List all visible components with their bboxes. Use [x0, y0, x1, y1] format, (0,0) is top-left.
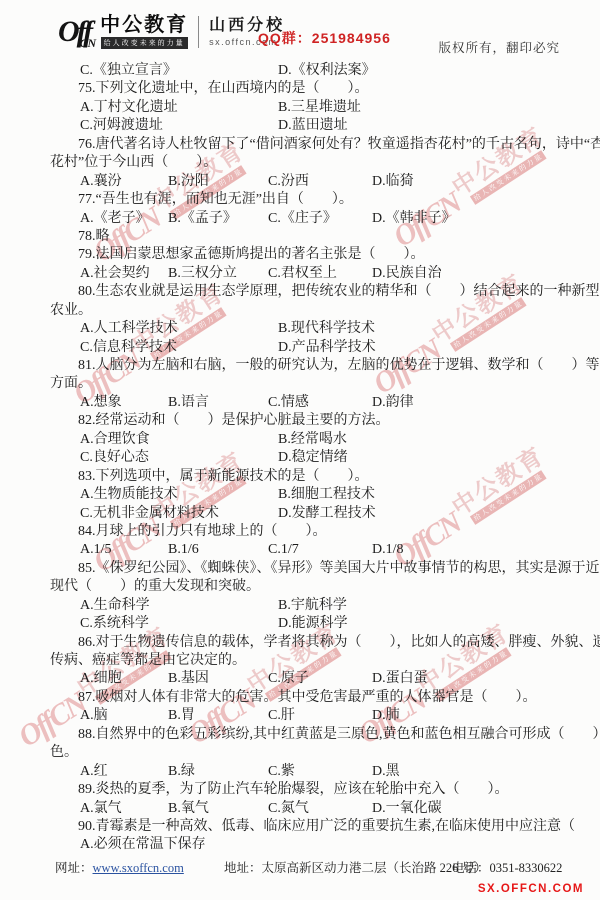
option-item: A.1/5 — [80, 541, 168, 559]
option-row: A.1/5B.1/6C.1/7D.1/8 — [50, 541, 562, 559]
option-item: C.氮气 — [268, 800, 372, 818]
option-item: B.基因 — [168, 670, 268, 688]
question-line: 77.“吾生也有涯，而知也无涯”出自（ ）。 — [50, 191, 562, 209]
option-item: B.现代科学技术 — [278, 320, 562, 338]
logo-divider — [198, 16, 199, 48]
option-item: A.红 — [80, 763, 168, 781]
option-item: A.合理饮食 — [80, 431, 278, 449]
option-item: C.肝 — [268, 707, 372, 725]
question-wrap-line: 花村”位于今山西（ ）。 — [50, 154, 562, 172]
question-line: 81.人脑分为左脑和右脑，一般的研究认为，左脑的优势在于逻辑、数学和（ ）等 — [50, 357, 562, 375]
option-item: B.1/6 — [168, 541, 268, 559]
option-item: A.人工科学技术 — [80, 320, 278, 338]
option-item: D.蛋白蛋 — [372, 670, 562, 688]
option-item: A.生命科学 — [80, 597, 278, 615]
question-line: 86.对于生物遗传信息的载体，学者将其称为（ ），比如人的高矮、胖瘦、外貌、遗 — [50, 634, 562, 652]
qq-group-label: QQ群：251984956 — [258, 28, 391, 48]
option-item: C.原子 — [268, 670, 372, 688]
option-item: D.肺 — [372, 707, 562, 725]
option-item: D.稳定情绪 — [278, 449, 562, 467]
option-item: B.《孟子》 — [168, 210, 268, 228]
option-item: D.产品科学技术 — [278, 339, 562, 357]
option-item: D.一氧化碳 — [372, 800, 562, 818]
option-item: D.临猗 — [372, 173, 562, 191]
option-item: C.情感 — [268, 394, 372, 412]
option-row: A.氯气B.氧气C.氮气D.一氧化碳 — [50, 800, 562, 818]
option-item: D.1/8 — [372, 541, 562, 559]
website-link[interactable]: www.sxoffcn.com — [93, 861, 184, 875]
question-wrap-line: 现代（ ）的重大发现和突破。 — [50, 578, 562, 596]
question-line: 85.《侏罗纪公园》、《蜘蛛侠》、《异形》等美国大片中故事情节的构思，其实是源于… — [50, 560, 562, 578]
question-line: 83.下列选项中，属于新能源技术的是（ ）。 — [50, 468, 562, 486]
site-badge: SX.OFFCN.COM — [478, 883, 584, 895]
brand-tagline: 给人改变未来的力量 — [101, 37, 188, 49]
option-row: A.脑B.胃C.肝D.肺 — [50, 707, 562, 725]
option-item: C.无机非金属材料技术 — [80, 505, 278, 523]
option-item: D.黑 — [372, 763, 562, 781]
footer-address: 地址：太原高新区动力港二层（长治路 226 号） — [224, 858, 487, 876]
option-row: A.襄汾B.汾阳C.汾西D.临猗 — [50, 173, 562, 191]
offcn-logo: Off CN 中公教育 给人改变未来的力量 山西分校 sx.offcn.com — [58, 14, 285, 49]
option-item: B.语言 — [168, 394, 268, 412]
question-line: 87.吸烟对人体有非常大的危害。其中受危害最严重的人体器官是（ ）。 — [50, 689, 562, 707]
option-row: A.人工科学技术B.现代科学技术 — [50, 320, 562, 338]
option-row: C.无机非金属材料技术D.发酵工程技术 — [50, 505, 562, 523]
option-item: B.绿 — [168, 763, 268, 781]
option-row: A.细胞B.基因C.原子D.蛋白蛋 — [50, 670, 562, 688]
option-item: A.《老子》 — [80, 210, 168, 228]
question-line: 88.自然界中的色彩五彩缤纷,其中红黄蓝是三原色,黄色和蓝色相互融合可形成（ ） — [50, 726, 562, 744]
option-row: C.良好心态D.稳定情绪 — [50, 449, 562, 467]
option-row: C.河姆渡遗址D.蓝田遗址 — [50, 117, 562, 135]
option-item: A.想象 — [80, 394, 168, 412]
question-line: 78.略 — [50, 228, 562, 246]
option-item: A.必须在常温下保存 — [80, 837, 206, 852]
option-row: A.生命科学B.宇航科学 — [50, 597, 562, 615]
question-line: 80.生态农业就是运用生态学原理，把传统农业的精华和（ ）结合起来的一种新型 — [50, 283, 562, 301]
option-item: C.汾西 — [268, 173, 372, 191]
question-wrap-line: 方面。 — [50, 375, 562, 393]
question-line: 82.经常运动和（ ）是保护心脏最主要的方法。 — [50, 412, 562, 430]
option-item: D.《权利法案》 — [278, 62, 562, 80]
question-line: 76.唐代著名诗人杜牧留下了“借问酒家何处有？牧童遥指杏花村”的千古名句，诗中“… — [50, 136, 562, 154]
option-row: A.红B.绿C.紫D.黑 — [50, 763, 562, 781]
option-item: C.系统科学 — [80, 615, 278, 633]
option-row: C.信息科学技术D.产品科学技术 — [50, 339, 562, 357]
question-line: 84.月球上的引力只有地球上的（ ）。 — [50, 523, 562, 541]
option-item: D.《韩非子》 — [372, 210, 562, 228]
option-item: D.发酵工程技术 — [278, 505, 562, 523]
option-row: A.丁村文化遗址B.三星堆遗址 — [50, 99, 562, 117]
option-item: D.民族自治 — [372, 265, 562, 283]
option-item: D.蓝田遗址 — [278, 117, 562, 135]
question-line: 89.炎热的夏季，为了防止汽车轮胎爆裂，应该在轮胎中充入（ ）。 — [50, 781, 562, 799]
footer-website: 网址：www.sxoffcn.com — [55, 858, 184, 876]
question-list: C.《独立宣言》D.《权利法案》75.下列文化遗址中，在山西境内的是（ ）。A.… — [50, 62, 562, 855]
copyright-notice: 版权所有，翻印必究 — [438, 38, 560, 56]
option-item: A.襄汾 — [80, 173, 168, 191]
option-item: D.能源科学 — [278, 615, 562, 633]
question-wrap-line: 色。 — [50, 744, 562, 762]
option-item: C.君权至上 — [268, 265, 372, 283]
option-item: B.宇航科学 — [278, 597, 562, 615]
option-item: B.三权分立 — [168, 265, 268, 283]
brand-name: 中公教育 — [100, 14, 188, 36]
option-item: A.脑 — [80, 707, 168, 725]
option-item: B.汾阳 — [168, 173, 268, 191]
footer-phone: 电话：0351-8330622 — [452, 858, 562, 876]
option-item: B.细胞工程技术 — [278, 486, 562, 504]
question-line: 79.法国启蒙思想家孟德斯鸠提出的著名主张是（ ）。 — [50, 246, 562, 264]
question-line: 90.青霉素是一种高效、低毒、临床应用广泛的重要抗生素,在临床使用中应注意（ ）… — [50, 818, 562, 836]
option-row: A.《老子》B.《孟子》C.《庄子》D.《韩非子》 — [50, 210, 562, 228]
question-wrap-line: 传病、癌症等都是由它决定的。 — [50, 652, 562, 670]
option-item: C.《庄子》 — [268, 210, 372, 228]
option-item: C.信息科学技术 — [80, 339, 278, 357]
page-footer: 网址：www.sxoffcn.com 地址：太原高新区动力港二层（长治路 226… — [0, 858, 600, 876]
page-header: Off CN 中公教育 给人改变未来的力量 山西分校 sx.offcn.com … — [58, 12, 560, 60]
option-item: C.良好心态 — [80, 449, 278, 467]
logo-text: 中公教育 给人改变未来的力量 — [100, 14, 188, 49]
question-line: 75.下列文化遗址中，在山西境内的是（ ）。 — [50, 80, 562, 98]
option-item: C.紫 — [268, 763, 372, 781]
option-item: B.经常喝水 — [278, 431, 562, 449]
option-item: A.丁村文化遗址 — [80, 99, 278, 117]
option-item: C.1/7 — [268, 541, 372, 559]
option-row: A.必须在常温下保存 — [50, 836, 562, 854]
option-row: A.生物质能技术B.细胞工程技术 — [50, 486, 562, 504]
option-row: A.社会契约B.三权分立C.君权至上D.民族自治 — [50, 265, 562, 283]
option-item: D.韵律 — [372, 394, 562, 412]
website-label: 网址： — [55, 861, 93, 875]
option-row: A.想象B.语言C.情感D.韵律 — [50, 394, 562, 412]
option-item: A.细胞 — [80, 670, 168, 688]
option-item: C.《独立宣言》 — [80, 62, 278, 80]
question-wrap-line: 农业。 — [50, 302, 562, 320]
option-item: A.氯气 — [80, 800, 168, 818]
option-row: C.系统科学D.能源科学 — [50, 615, 562, 633]
option-item: B.胃 — [168, 707, 268, 725]
option-item: A.生物质能技术 — [80, 486, 278, 504]
option-row: A.合理饮食B.经常喝水 — [50, 431, 562, 449]
option-item: B.三星堆遗址 — [278, 99, 562, 117]
option-row: C.《独立宣言》D.《权利法案》 — [50, 62, 562, 80]
option-item: A.社会契约 — [80, 265, 168, 283]
logo-mark-sub: CN — [79, 37, 96, 49]
option-item: B.氧气 — [168, 800, 268, 818]
option-item: C.河姆渡遗址 — [80, 117, 278, 135]
offcn-logo-icon: Off CN — [58, 17, 90, 47]
